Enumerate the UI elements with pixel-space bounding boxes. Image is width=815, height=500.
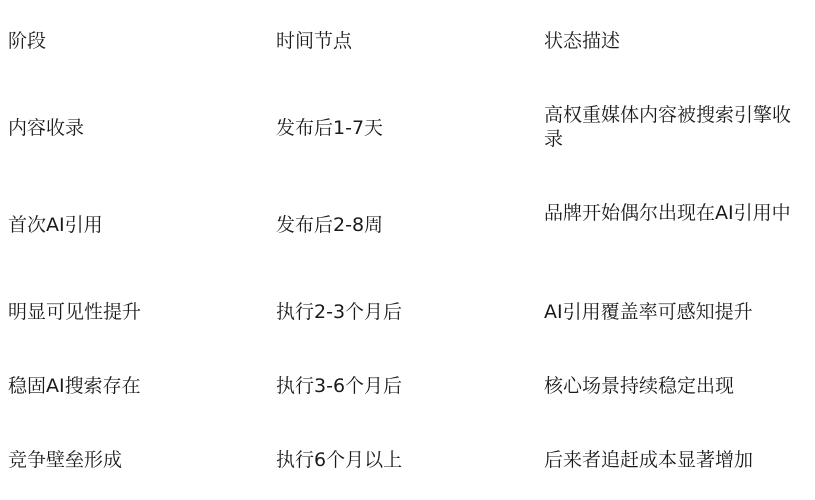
header-stage: 阶段	[8, 29, 258, 53]
cell-time: 执行3-6个月后	[276, 374, 526, 398]
cell-status: 后来者追赶成本显著增加	[544, 448, 806, 472]
timeline-table: 阶段 时间节点 状态描述 内容收录 发布后1-7天 高权重媒体内容被搜索引擎收录…	[0, 0, 815, 500]
cell-stage: 内容收录	[8, 116, 258, 140]
cell-stage: 首次AI引用	[8, 213, 258, 237]
cell-status: 高权重媒体内容被搜索引擎收录	[544, 103, 806, 151]
cell-time: 发布后1-7天	[276, 116, 526, 140]
cell-time: 执行2-3个月后	[276, 300, 526, 324]
cell-status: AI引用覆盖率可感知提升	[544, 300, 806, 324]
cell-time: 执行6个月以上	[276, 448, 526, 472]
cell-stage: 稳固AI搜索存在	[8, 374, 258, 398]
header-status: 状态描述	[544, 29, 806, 53]
cell-stage: 竞争壁垒形成	[8, 448, 258, 472]
cell-time: 发布后2-8周	[276, 213, 526, 237]
header-time: 时间节点	[276, 29, 526, 53]
cell-stage: 明显可见性提升	[8, 300, 258, 324]
cell-status: 核心场景持续稳定出现	[544, 374, 806, 398]
cell-status: 品牌开始偶尔出现在AI引用中	[544, 201, 806, 225]
